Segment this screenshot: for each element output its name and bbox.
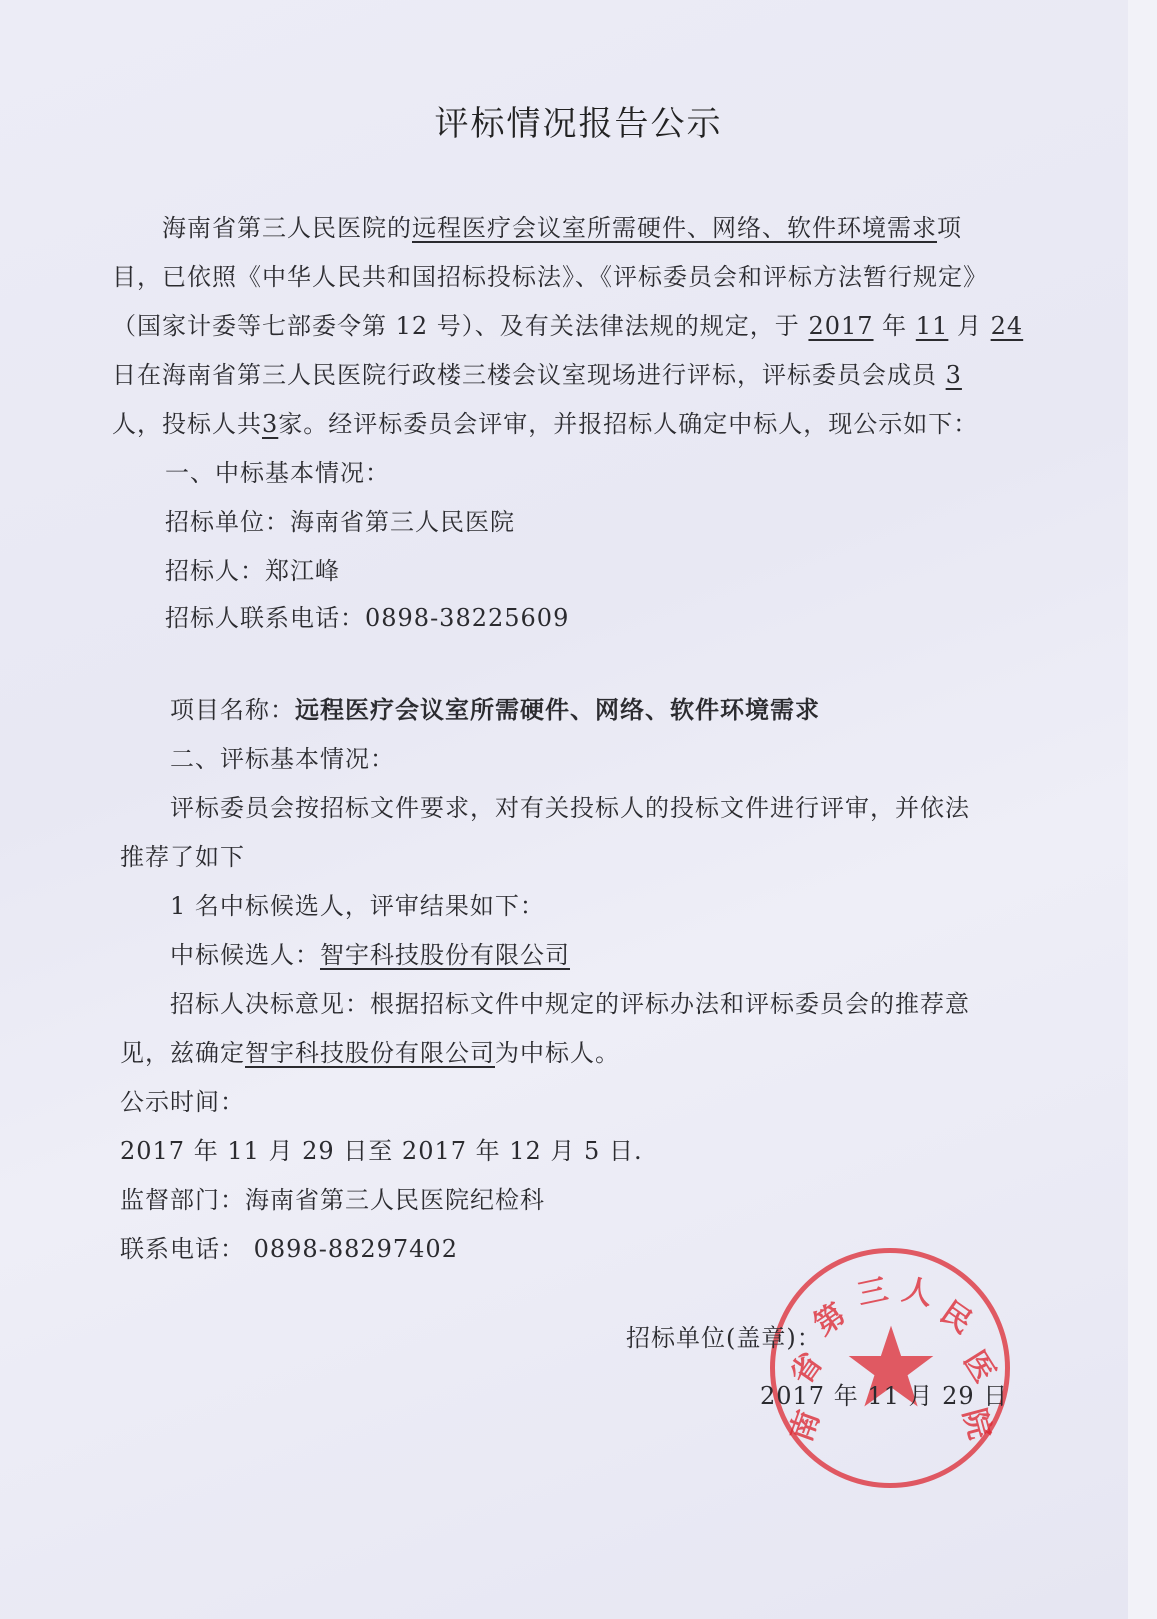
contact-phone: 联系电话： 0898-88297402 bbox=[120, 1229, 458, 1264]
decision-text: 见，兹确定 bbox=[120, 1039, 245, 1067]
eval-day: 24 bbox=[991, 312, 1024, 340]
candidate-name: 智宇科技股份有限公司 bbox=[320, 941, 570, 969]
project-name-underlined: 远程医疗会议室所需硬件、网络、软件环境需求 bbox=[412, 214, 937, 242]
decision-line-2: 见，兹确定智宇科技股份有限公司为中标人。 bbox=[120, 1033, 620, 1068]
publicity-label: 公示时间： bbox=[120, 1082, 245, 1117]
seal-char: 人 bbox=[899, 1264, 937, 1313]
bidders-count: 3 bbox=[262, 410, 278, 438]
intro-text: 海南省第三人民医院的 bbox=[162, 214, 412, 242]
signature-unit-label: 招标单位(盖章)： bbox=[626, 1318, 822, 1353]
winner-name: 智宇科技股份有限公司 bbox=[245, 1039, 495, 1067]
signature-date: 2017 年 11 月 29 日 bbox=[760, 1376, 1008, 1411]
intro-line-4: 日在海南省第三人民医院行政楼三楼会议室现场进行评标，评标委员会成员 3 bbox=[112, 355, 962, 390]
eval-month: 11 bbox=[916, 312, 949, 340]
eval-year: 2017 bbox=[808, 312, 873, 340]
project-name-label: 项目名称： bbox=[170, 696, 295, 724]
section2-para-3: 1 名中标候选人，评审结果如下： bbox=[170, 886, 545, 921]
intro-text: 日在海南省第三人民医院行政楼三楼会议室现场进行评标，评标委员会成员 bbox=[112, 361, 946, 389]
seal-char: 三 bbox=[853, 1264, 891, 1313]
publicity-period: 2017 年 11 月 29 日至 2017 年 12 月 5 日. bbox=[120, 1131, 643, 1166]
official-seal: 南 省 第 三 人 民 医 院 bbox=[770, 1248, 1010, 1488]
intro-text: （国家计委等七部委令第 12 号）、及有关法律法规的规定，于 bbox=[112, 312, 808, 340]
intro-line-2: 目，已依照《中华人民共和国招标投标法》、《评标委员会和评标方法暂行规定》 bbox=[112, 257, 988, 292]
supervisor-dept: 监督部门：海南省第三人民医院纪检科 bbox=[120, 1180, 545, 1215]
document-title: 评标情况报告公示 bbox=[0, 96, 1157, 145]
section1-heading: 一、中标基本情况： bbox=[165, 453, 390, 488]
project-name: 远程医疗会议室所需硬件、网络、软件环境需求 bbox=[295, 695, 820, 724]
section2-para-1: 评标委员会按招标文件要求，对有关投标人的投标文件进行评审，并依法 bbox=[170, 788, 970, 823]
label: 月 bbox=[957, 312, 982, 340]
intro-text: 家。经评标委员会评审，并报招标人确定中标人，现公示如下： bbox=[278, 410, 978, 438]
intro-line-1: 海南省第三人民医院的远程医疗会议室所需硬件、网络、软件环境需求项 bbox=[162, 208, 962, 243]
candidate-line: 中标候选人：智宇科技股份有限公司 bbox=[170, 935, 570, 970]
candidate-label: 中标候选人： bbox=[170, 941, 320, 969]
label: 年 bbox=[882, 312, 907, 340]
intro-line-3: （国家计委等七部委令第 12 号）、及有关法律法规的规定，于 2017 年 11… bbox=[112, 306, 1023, 341]
intro-text: 人，投标人共 bbox=[112, 410, 262, 438]
decision-text: 为中标人。 bbox=[495, 1039, 620, 1067]
tenderer: 招标人：郑江峰 bbox=[165, 551, 340, 586]
project-name-line: 项目名称：远程医疗会议室所需硬件、网络、软件环境需求 bbox=[170, 690, 820, 725]
committee-members-count: 3 bbox=[946, 361, 962, 389]
section2-heading: 二、评标基本情况： bbox=[170, 739, 395, 774]
section2-para-2: 推荐了如下 bbox=[120, 837, 245, 872]
page-edge bbox=[1128, 0, 1157, 1619]
tender-unit: 招标单位：海南省第三人民医院 bbox=[165, 502, 515, 537]
tenderer-phone: 招标人联系电话：0898-38225609 bbox=[165, 598, 569, 633]
seal-char: 民 bbox=[933, 1288, 983, 1341]
decision-line-1: 招标人决标意见：根据招标文件中规定的评标办法和评标委员会的推荐意 bbox=[170, 984, 970, 1019]
intro-line-5: 人，投标人共3家。经评标委员会评审，并报招标人确定中标人，现公示如下： bbox=[112, 404, 978, 439]
intro-text: 项 bbox=[937, 214, 962, 242]
